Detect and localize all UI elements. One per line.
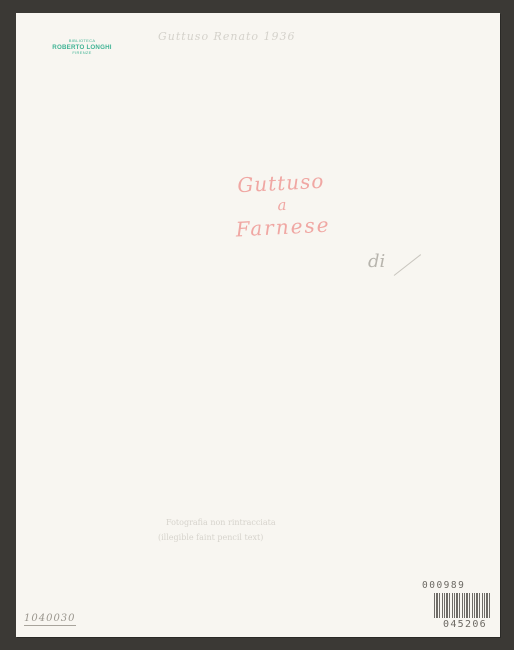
pencil-top-note: Guttuso Renato 1936 <box>158 30 296 43</box>
faint-caption: Fotografia non rintracciata (illegible f… <box>158 515 276 545</box>
inventory-number: 1040030 <box>24 613 76 626</box>
barcode-label: 000989 045206 <box>424 580 496 630</box>
barcode-bottom-number: 045206 <box>434 619 496 630</box>
barcode-icon <box>434 593 490 618</box>
stamp-line-3: FIRENZE <box>52 51 112 56</box>
library-stamp: BIBLIOTECA ROBERTO LONGHI FIRENZE <box>52 39 112 55</box>
pencil-stroke <box>394 254 421 276</box>
caption-line-1: Fotografia non rintracciata <box>158 515 276 530</box>
barcode-top-number: 000989 <box>422 580 496 591</box>
red-handwritten-annotation: Guttuso a Farnese <box>200 167 363 244</box>
document-page: BIBLIOTECA ROBERTO LONGHI FIRENZE Guttus… <box>16 13 500 637</box>
caption-line-2: (illegible faint pencil text) <box>158 530 276 545</box>
pencil-initials: di <box>368 251 385 272</box>
